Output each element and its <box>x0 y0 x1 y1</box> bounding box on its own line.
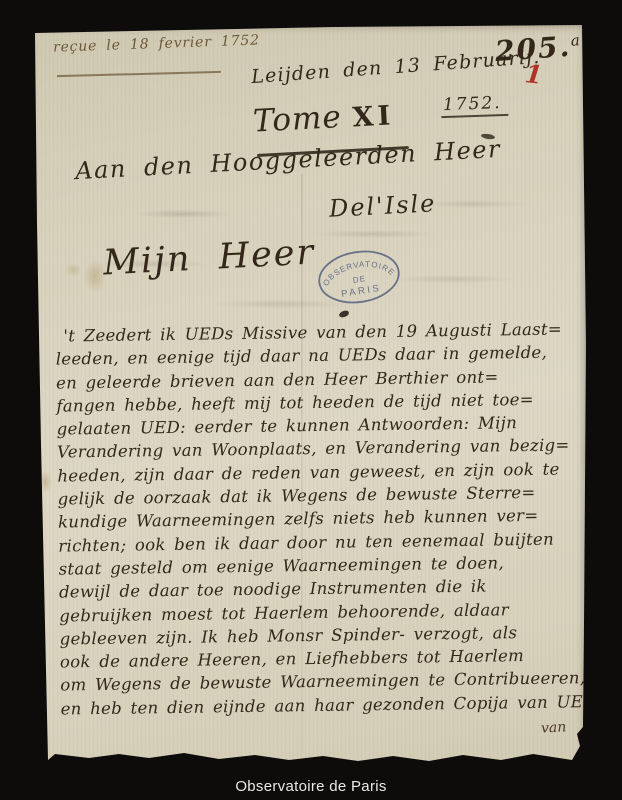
received-note: reçue le 18 fevrier 1752 <box>53 32 260 55</box>
photo-background: reçue le 18 fevrier 1752 Leijden den 13 … <box>0 0 622 800</box>
address-line-2: Del'Isle <box>328 189 437 223</box>
volume-heading: Tome XI <box>252 96 395 139</box>
letter-body: 't Zeedert ik UEDs Missive van den 19 Au… <box>55 317 572 720</box>
address-line-1: Aan den Hooggeleerden Heer <box>75 135 502 185</box>
dateline-year: 1752. <box>441 93 508 118</box>
observatoire-de-paris-stamp: OBSERVATOIRE DE PARIS <box>312 243 406 312</box>
received-note-underline <box>57 71 221 77</box>
volume-heading-numeral: XI <box>352 100 395 133</box>
ink-blot <box>338 310 349 318</box>
volume-heading-word: Tome <box>252 99 342 140</box>
manuscript-page: reçue le 18 fevrier 1752 Leijden den 13 … <box>33 24 588 766</box>
red-pencil-mark: 1 <box>524 59 544 90</box>
salutation: Mijn Heer <box>102 232 316 283</box>
catchword: van <box>541 719 567 736</box>
stamp-line-2: DE <box>352 274 366 285</box>
image-caption: Observatoire de Paris <box>0 778 622 795</box>
stamp-oval-icon: OBSERVATOIRE DE PARIS <box>312 243 406 312</box>
folio-number-suffix: a <box>570 31 582 50</box>
